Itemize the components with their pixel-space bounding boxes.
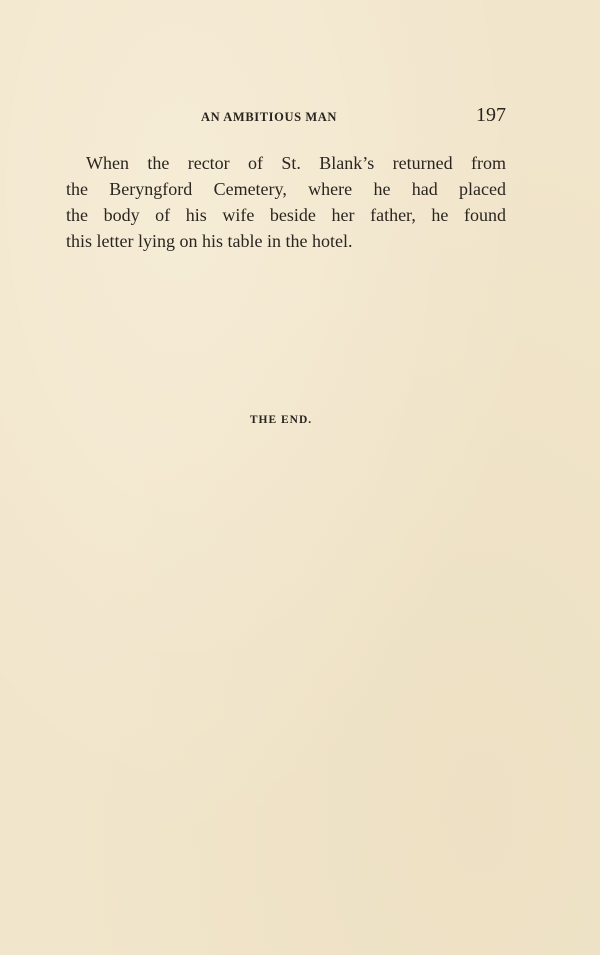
running-title: AN AMBITIOUS MAN — [201, 110, 337, 125]
paragraph-line: the body of his wife beside her father, … — [66, 202, 506, 228]
paragraph-line: When the rector of St. Blank’s returned … — [66, 150, 506, 176]
page-number: 197 — [476, 104, 506, 127]
running-head: AN AMBITIOUS MAN 197 — [66, 106, 506, 130]
book-page: AN AMBITIOUS MAN 197 When the rector of … — [0, 0, 600, 955]
paragraph-line: this letter lying on his table in the ho… — [66, 228, 506, 254]
body-paragraph: When the rector of St. Blank’s returned … — [66, 150, 506, 254]
the-end-marker: THE END. — [0, 414, 562, 426]
paragraph-line: the Beryngford Cemetery, where he had pl… — [66, 176, 506, 202]
